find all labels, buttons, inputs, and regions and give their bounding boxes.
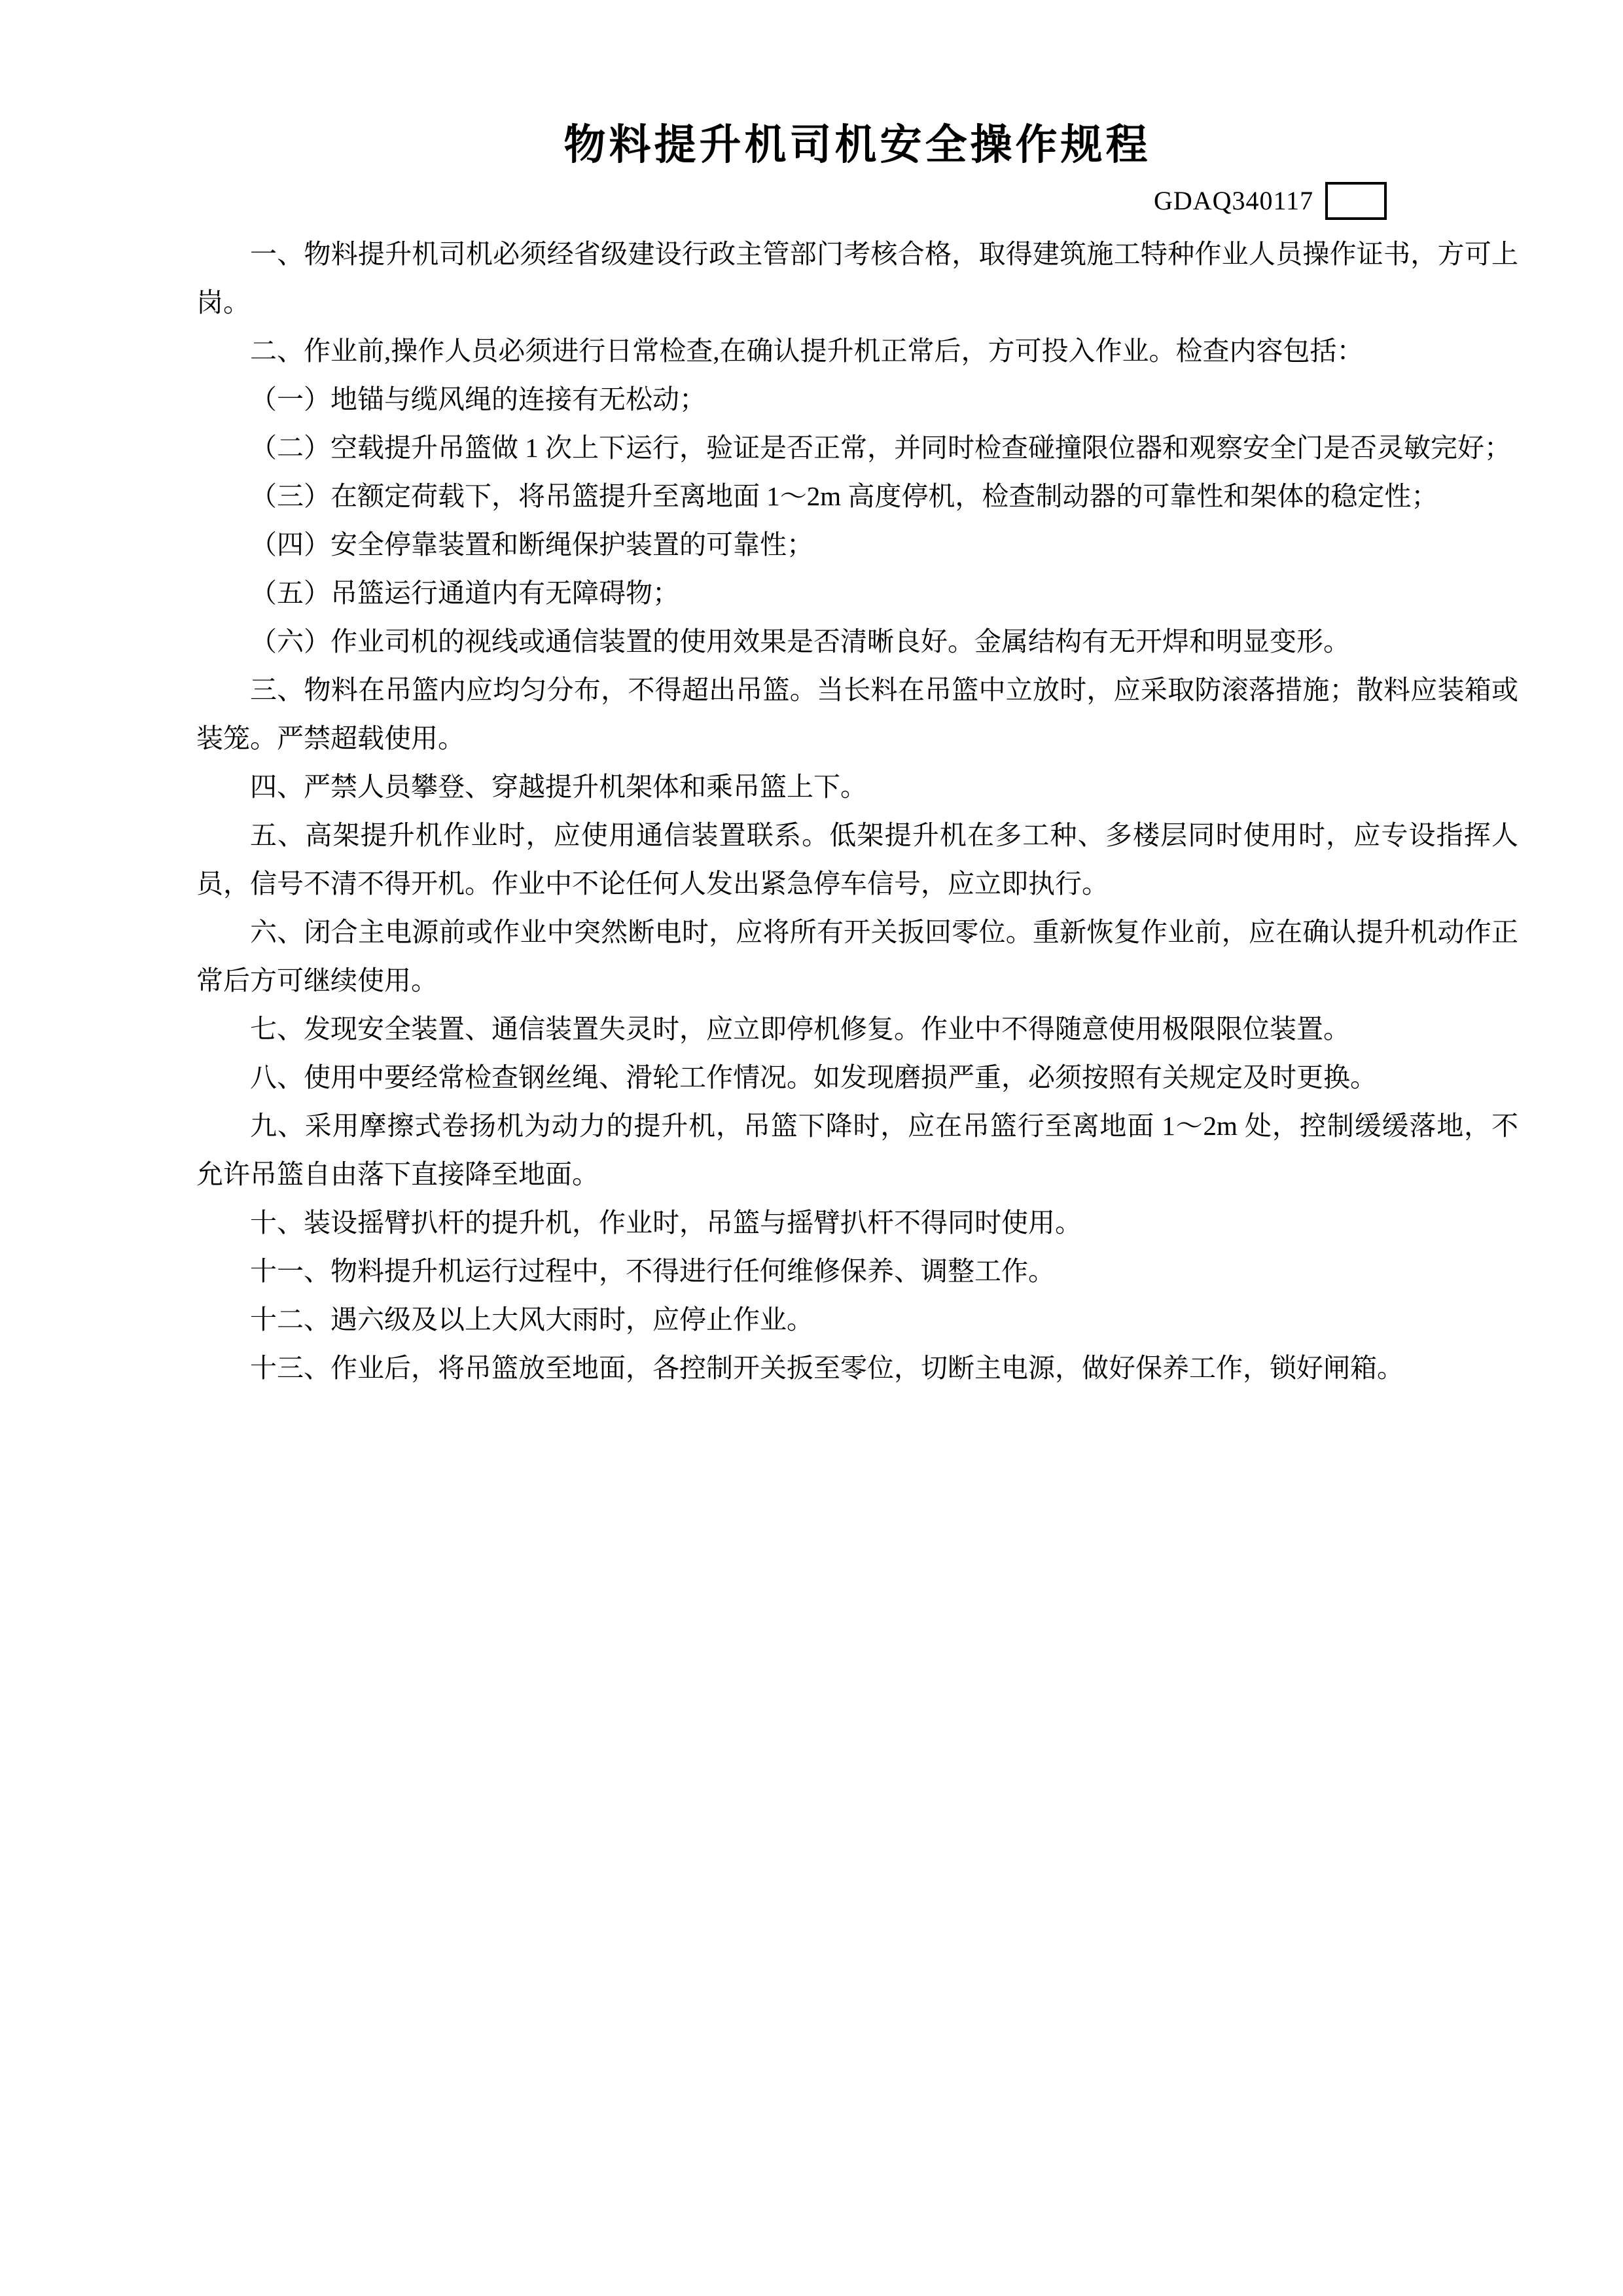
document-title: 物料提升机司机安全操作规程 [196, 122, 1518, 168]
rule-paragraph: 十一、物料提升机运行过程中，不得进行任何维修保养、调整工作。 [196, 1247, 1518, 1295]
rule-paragraph: 八、使用中要经常检查钢丝绳、滑轮工作情况。如发现磨损严重，必须按照有关规定及时更… [196, 1053, 1518, 1102]
rule-paragraph: 二、作业前,操作人员必须进行日常检查,在确认提升机正常后，方可投入作业。检查内容… [196, 327, 1518, 375]
rule-paragraph: 三、物料在吊篮内应均匀分布，不得超出吊篮。当长料在吊篮中立放时，应采取防滚落措施… [196, 666, 1518, 762]
rule-paragraph: 七、发现安全装置、通信装置失灵时，应立即停机修复。作业中不得随意使用极限限位装置… [196, 1005, 1518, 1053]
rule-paragraph: （三）在额定荷载下，将吊篮提升至离地面 1～2m 高度停机，检查制动器的可靠性和… [196, 472, 1518, 520]
rule-paragraph: 十、装设摇臂扒杆的提升机，作业时，吊篮与摇臂扒杆不得同时使用。 [196, 1198, 1518, 1247]
rule-paragraph: （一）地锚与缆风绳的连接有无松动； [196, 375, 1518, 423]
rule-paragraph: （二）空载提升吊篮做 1 次上下运行，验证是否正常，并同时检查碰撞限位器和观察安… [196, 423, 1518, 472]
doc-code-box [1325, 182, 1387, 220]
doc-code-row: GDAQ340117 [1154, 181, 1387, 221]
page: 物料提升机司机安全操作规程 GDAQ340117 一、物料提升机司机必须经省级建… [0, 0, 1623, 2296]
rule-paragraph: 六、闭合主电源前或作业中突然断电时，应将所有开关扳回零位。重新恢复作业前，应在确… [196, 908, 1518, 1005]
rule-paragraph: 十二、遇六级及以上大风大雨时，应停止作业。 [196, 1295, 1518, 1344]
rule-paragraph: （四）安全停靠装置和断绳保护装置的可靠性； [196, 520, 1518, 569]
rule-paragraph: 十三、作业后，将吊篮放至地面，各控制开关扳至零位，切断主电源，做好保养工作，锁好… [196, 1344, 1518, 1392]
rule-paragraph: （六）作业司机的视线或通信装置的使用效果是否清晰良好。金属结构有无开焊和明显变形… [196, 617, 1518, 666]
rule-paragraph: （五）吊篮运行通道内有无障碍物； [196, 569, 1518, 617]
rule-paragraph: 五、高架提升机作业时，应使用通信装置联系。低架提升机在多工种、多楼层同时使用时，… [196, 811, 1518, 908]
rules-list: 一、物料提升机司机必须经省级建设行政主管部门考核合格，取得建筑施工特种作业人员操… [196, 230, 1518, 1392]
doc-code: GDAQ340117 [1154, 181, 1313, 221]
rule-paragraph: 九、采用摩擦式卷扬机为动力的提升机，吊篮下降时，应在吊篮行至离地面 1～2m 处… [196, 1102, 1518, 1198]
rule-paragraph: 一、物料提升机司机必须经省级建设行政主管部门考核合格，取得建筑施工特种作业人员操… [196, 230, 1518, 327]
rule-paragraph: 四、严禁人员攀登、穿越提升机架体和乘吊篮上下。 [196, 762, 1518, 811]
